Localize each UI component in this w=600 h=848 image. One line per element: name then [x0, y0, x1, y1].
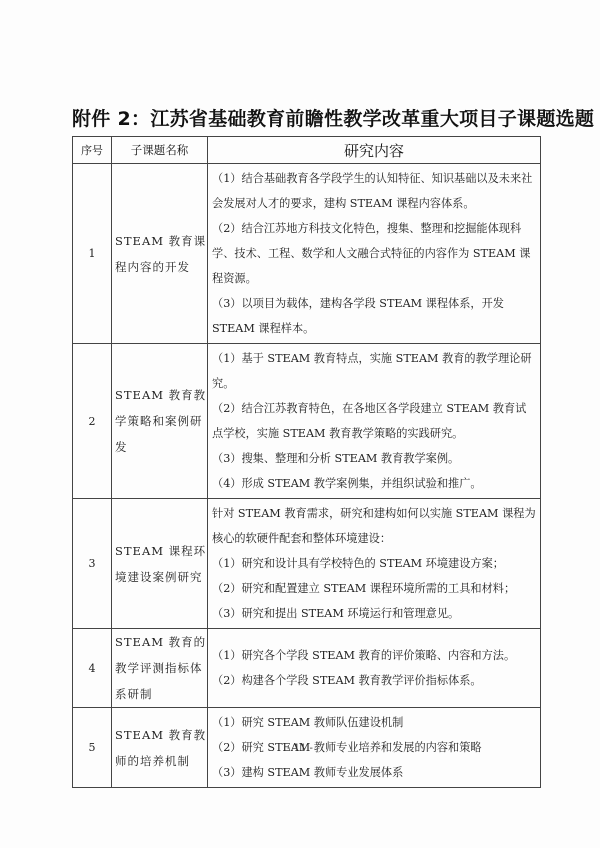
- content-item: （3）以项目为载体，建构各学段 STEAM 课程体系，开发 STEAM 课程样本…: [212, 291, 536, 341]
- research-content: 针对 STEAM 教育需求，研究和建构如何以实施 STEAM 课程为核心的软硬件…: [208, 499, 541, 629]
- content-item: 针对 STEAM 教育需求，研究和建构如何以实施 STEAM 课程为核心的软硬件…: [212, 501, 536, 551]
- header-name: 子课题名称: [112, 137, 208, 164]
- research-content: （1）基于 STEAM 教育特点，实施 STEAM 教育的教学理论研究。 （2）…: [208, 344, 541, 499]
- content-item: （2）构建各个学段 STEAM 教育教学评价指标体系。: [212, 668, 536, 693]
- subtopic-name: STEAM 教育课程内容的开发: [112, 164, 208, 344]
- document-title: 附件 2：江苏省基础教育前瞻性教学改革重大项目子课题选题: [72, 104, 594, 131]
- row-number: 2: [73, 344, 112, 499]
- table-row: 4 STEAM 教育的教学评测指标体系研制 （1）研究各个学段 STEAM 教育…: [73, 629, 541, 708]
- header-content: 研究内容: [208, 137, 541, 164]
- row-number: 1: [73, 164, 112, 344]
- subtopic-name: STEAM 教育教学策略和案例研发: [112, 344, 208, 499]
- row-number: 3: [73, 499, 112, 629]
- content-item: （1）基于 STEAM 教育特点，实施 STEAM 教育的教学理论研究。: [212, 346, 536, 396]
- content-item: （3）搜集、整理和分析 STEAM 教育教学案例。: [212, 446, 536, 471]
- page-number: - 11 -: [0, 743, 600, 754]
- table-header-row: 序号 子课题名称 研究内容: [73, 137, 541, 164]
- content-item: （2）结合江苏地方科技文化特色，搜集、整理和挖掘能体现科学、技术、工程、数学和人…: [212, 216, 536, 291]
- content-item: （2）结合江苏教育特色，在各地区各学段建立 STEAM 教育试点学校，实施 ST…: [212, 396, 536, 446]
- table-row: 1 STEAM 教育课程内容的开发 （1）结合基础教育各学段学生的认知特征、知识…: [73, 164, 541, 344]
- content-item: （1）研究和设计具有学校特色的 STEAM 环境建设方案；: [212, 551, 536, 576]
- content-item: （1）研究各个学段 STEAM 教育的评价策略、内容和方法。: [212, 643, 536, 668]
- research-content: （1）结合基础教育各学段学生的认知特征、知识基础以及未来社会发展对人才的要求，建…: [208, 164, 541, 344]
- subtopic-table: 序号 子课题名称 研究内容 1 STEAM 教育课程内容的开发 （1）结合基础教…: [72, 136, 541, 788]
- content-item: （1）研究 STEAM 教师队伍建设机制: [212, 710, 536, 735]
- content-item: （3）研究和提出 STEAM 环境运行和管理意见。: [212, 601, 536, 626]
- subtopic-name: STEAM 教育的教学评测指标体系研制: [112, 629, 208, 708]
- subtopic-name: STEAM 课程环境建设案例研究: [112, 499, 208, 629]
- research-content: （1）研究各个学段 STEAM 教育的评价策略、内容和方法。 （2）构建各个学段…: [208, 629, 541, 708]
- content-item: （2）研究和配置建立 STEAM 课程环境所需的工具和材料；: [212, 576, 536, 601]
- table-row: 2 STEAM 教育教学策略和案例研发 （1）基于 STEAM 教育特点，实施 …: [73, 344, 541, 499]
- row-number: 4: [73, 629, 112, 708]
- content-item: （3）建构 STEAM 教师专业发展体系: [212, 760, 536, 785]
- content-item: （1）结合基础教育各学段学生的认知特征、知识基础以及未来社会发展对人才的要求，建…: [212, 166, 536, 216]
- header-no: 序号: [73, 137, 112, 164]
- content-item: （4）形成 STEAM 教学案例集，并组织试验和推广。: [212, 471, 536, 496]
- table-row: 3 STEAM 课程环境建设案例研究 针对 STEAM 教育需求，研究和建构如何…: [73, 499, 541, 629]
